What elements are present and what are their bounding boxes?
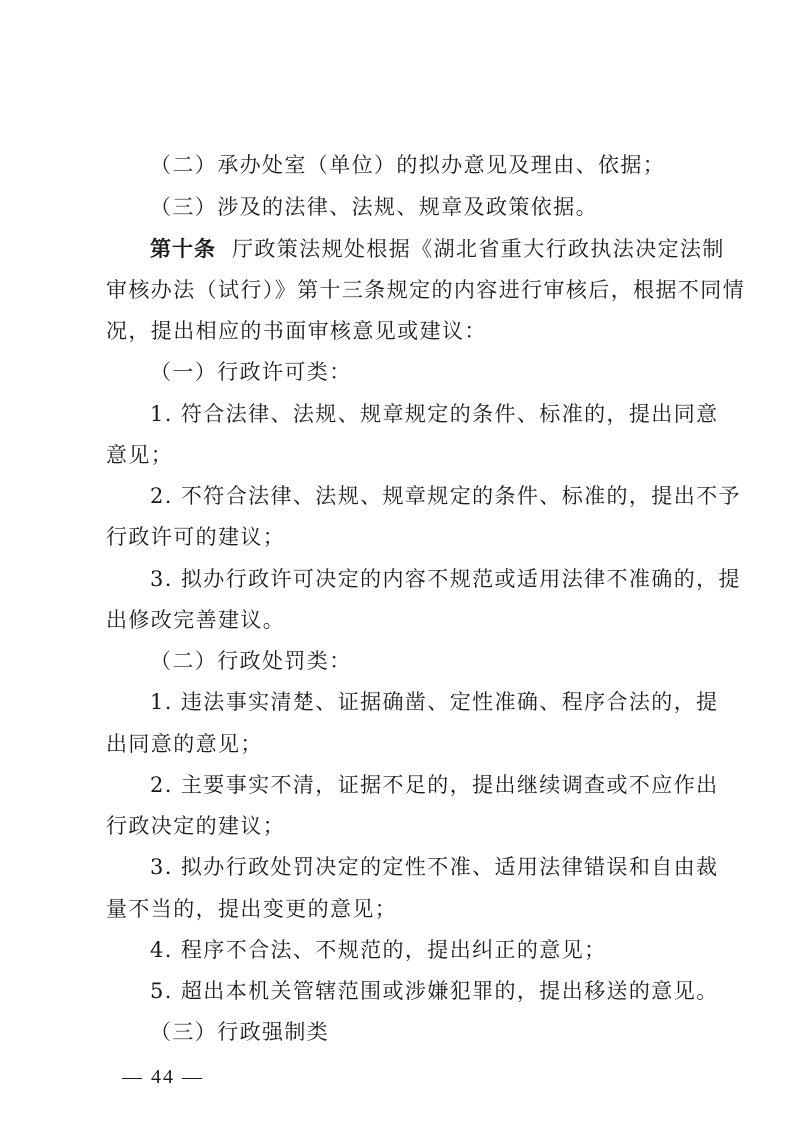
article-title: 第十条 xyxy=(150,237,216,261)
penalty-item-1: 1. 违法事实清楚、证据确凿、定性准确、程序合法的，提 xyxy=(150,687,750,717)
review-item-3: （三）涉及的法律、法规、规章及政策依据。 xyxy=(150,192,750,222)
licensing-item-3: 3. 拟办行政许可决定的内容不规范或适用法律不准确的，提 xyxy=(150,564,750,594)
penalty-item-3: 3. 拟办行政处罚决定的定性不准、适用法律错误和自由裁 xyxy=(150,852,750,882)
document-page: （二）承办处室（单位）的拟办意见及理由、依据； （三）涉及的法律、法规、规章及政… xyxy=(0,0,800,1130)
penalty-item-2-cont: 行政决定的建议； xyxy=(106,811,706,841)
penalty-item-3-cont: 量不当的，提出变更的意见； xyxy=(106,894,706,924)
review-item-2: （二）承办处室（单位）的拟办意见及理由、依据； xyxy=(150,150,750,180)
licensing-item-3-cont: 出修改完善建议。 xyxy=(106,605,706,635)
licensing-item-1: 1. 符合法律、法规、规章规定的条件、标准的，提出同意 xyxy=(150,399,750,429)
section-heading-penalty: （二）行政处罚类： xyxy=(150,646,750,676)
penalty-item-5: 5. 超出本机关管辖范围或涉嫌犯罪的，提出移送的意见。 xyxy=(150,976,750,1006)
page-number: — 44 — xyxy=(122,1062,204,1092)
licensing-item-2-cont: 行政许可的建议； xyxy=(106,522,706,552)
article-10-line-2: 审核办法（试行）》第十三条规定的内容进行审核后，根据不同情 xyxy=(106,275,706,305)
section-heading-licensing: （一）行政许可类： xyxy=(150,357,750,387)
article-10-line-3: 况，提出相应的书面审核意见或建议： xyxy=(106,316,706,346)
article-text: 厅政策法规处根据《湖北省重大行政执法决定法制 xyxy=(232,237,725,261)
licensing-item-2: 2. 不符合法律、法规、规章规定的条件、标准的，提出不予 xyxy=(150,481,750,511)
section-heading-enforcement: （三）行政强制类 xyxy=(150,1017,750,1047)
penalty-item-4: 4. 程序不合法、不规范的，提出纠正的意见； xyxy=(150,935,750,965)
licensing-item-1-cont: 意见； xyxy=(106,440,706,470)
penalty-item-1-cont: 出同意的意见； xyxy=(106,729,706,759)
penalty-item-2: 2. 主要事实不清，证据不足的，提出继续调查或不应作出 xyxy=(150,770,750,800)
article-10-first-line: 第十条厅政策法规处根据《湖北省重大行政执法决定法制 xyxy=(150,234,750,264)
